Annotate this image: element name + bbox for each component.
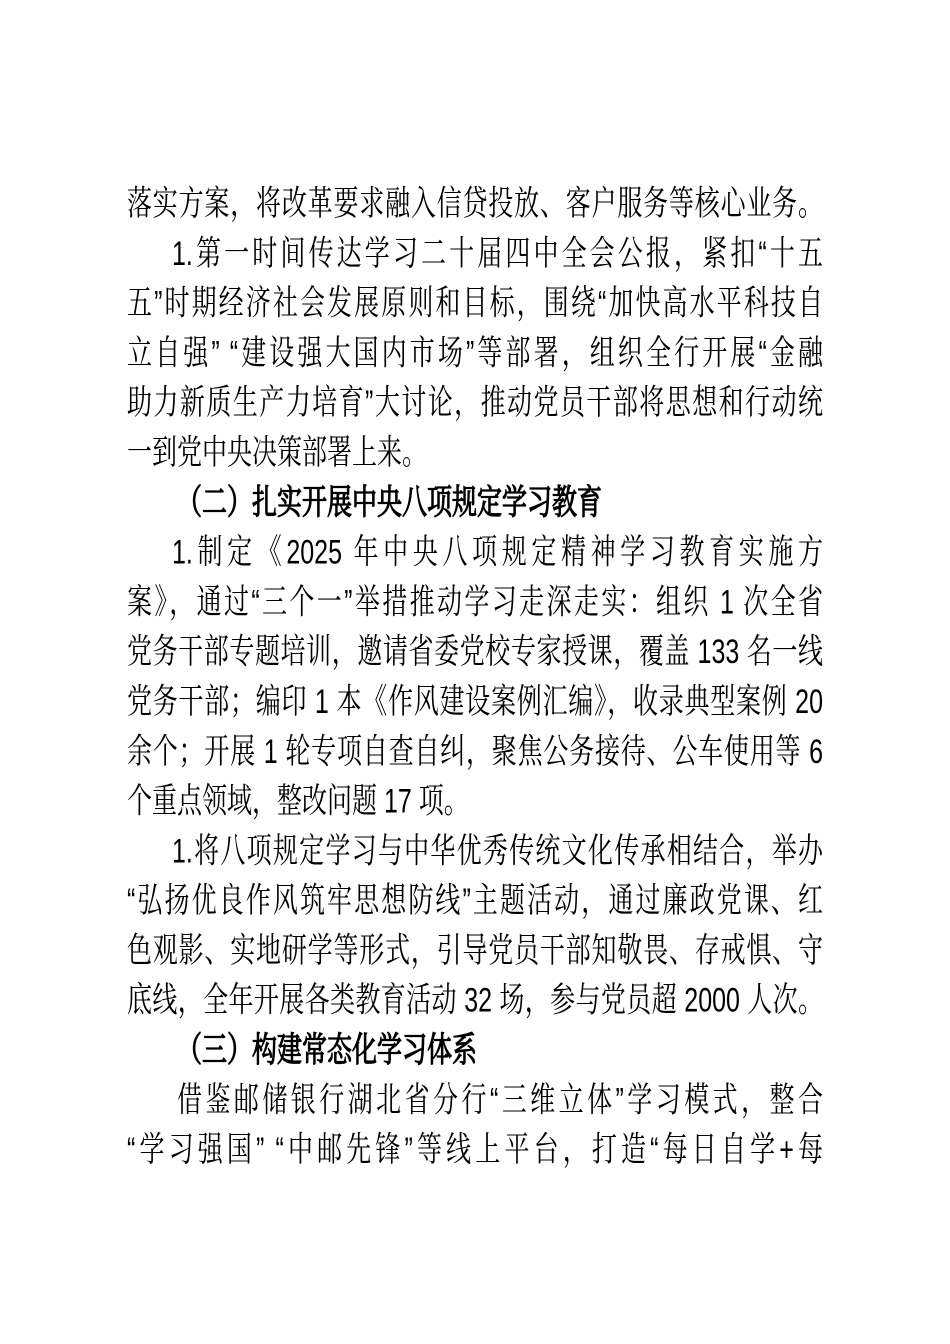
text-line: 助力新质生产力培育”大讨论，推动党员干部将思想和行动统 bbox=[127, 378, 823, 428]
text-line: 色观影、实地研学等形式，引导党员干部知敬畏、存戒惧、守 bbox=[127, 926, 823, 976]
section-heading: （二）扎实开展中央八项规定学习教育 bbox=[127, 478, 823, 528]
text-line: 一到党中央决策部署上来。 bbox=[127, 428, 823, 478]
text-line: 立自强” “建设强大国内市场”等部署，组织全行开展“金融 bbox=[127, 328, 823, 378]
text-line: “学习强国” “中邮先锋”等线上平台，打造“每日自学+每 bbox=[127, 1125, 823, 1175]
text-line: “弘扬优良作风筑牢思想防线”主题活动，通过廉政党课、红 bbox=[127, 876, 823, 926]
text-line: 落实方案，将改革要求融入信贷投放、客户服务等核心业务。 bbox=[127, 179, 823, 229]
text-line: 1.第一时间传达学习二十届四中全会公报，紧扣“十五 bbox=[127, 229, 823, 279]
text-line: 底线，全年开展各类教育活动 32 场，参与党员超 2000 人次。 bbox=[127, 976, 823, 1026]
text-line: 党务干部；编印 1 本《作风建设案例汇编》，收录典型案例 20 bbox=[127, 677, 823, 727]
text-line: 余个；开展 1 轮专项自查自纠，聚焦公务接待、公车使用等 6 bbox=[127, 727, 823, 777]
text-line: 1.将八项规定学习与中华优秀传统文化传承相结合，举办 bbox=[127, 826, 823, 876]
section-heading: （三）构建常态化学习体系 bbox=[127, 1026, 823, 1076]
text-line: 党务干部专题培训，邀请省委党校专家授课，覆盖 133 名一线 bbox=[127, 627, 823, 677]
document-body-text: 落实方案，将改革要求融入信贷投放、客户服务等核心业务。 1.第一时间传达学习二十… bbox=[127, 179, 823, 1175]
text-line: 个重点领域，整改问题 17 项。 bbox=[127, 777, 823, 827]
text-line: 借鉴邮储银行湖北省分行“三维立体”学习模式，整合 bbox=[127, 1075, 823, 1125]
text-line: 1.制定《2025 年中央八项规定精神学习教育实施方 bbox=[127, 528, 823, 578]
text-line: 案》，通过“三个一”举措推动学习走深走实：组织 1 次全省 bbox=[127, 577, 823, 627]
document-page: 落实方案，将改革要求融入信贷投放、客户服务等核心业务。 1.第一时间传达学习二十… bbox=[0, 0, 950, 1344]
text-line: 五”时期经济社会发展原则和目标，围绕“加快高水平科技自 bbox=[127, 279, 823, 329]
